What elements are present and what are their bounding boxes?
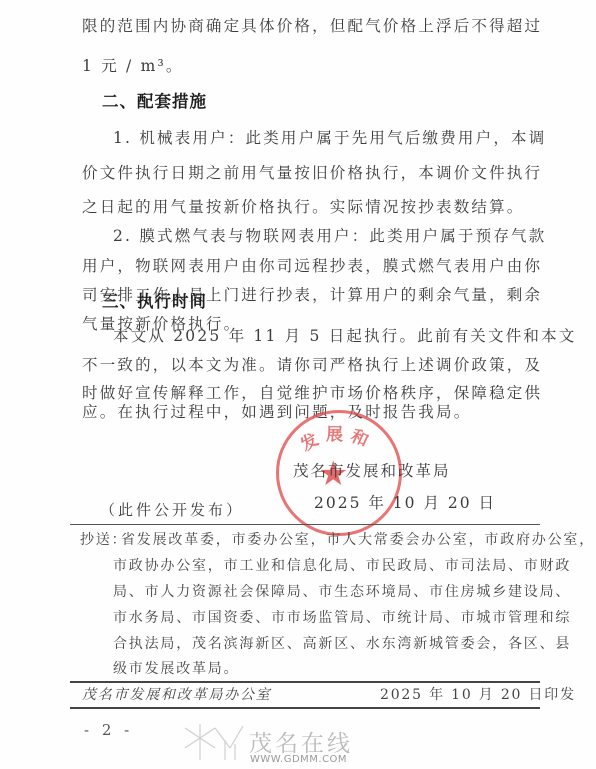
body-text-line: 不一致的，以本文为准。请你司严格执行上述调价政策，及 [82, 355, 512, 375]
divider-bottom [70, 707, 540, 709]
body-text-line: 应。在执行过程中，如遇到问题，及时报告我局。 [82, 402, 512, 422]
public-notice: （此件公开发布） [100, 500, 244, 520]
body-text-line: 时做好宣传解释工作，自觉维护市场价格秩序，保障稳定供 [82, 383, 512, 403]
document-page: 限的范围内协商确定具体价格，但配气价格上浮后不得超过 1 元 / m³。 二、配… [0, 0, 596, 769]
seal-text: 展 [326, 420, 343, 445]
footer-issuer: 茂名市发展和改革局办公室 [82, 686, 272, 704]
body-text-line: 用户，物联网表用户由你司远程抄表，膜式燃气表用户由你 [82, 256, 512, 276]
body-text-line: 价文件执行日期之前用气量按旧价格执行，本调价文件执行 [82, 163, 512, 183]
body-text-line: 本文从 2025 年 11 月 5 日起执行。此前有关文件和本文 [113, 326, 512, 346]
cc-line: 市水务局、市国资委、市市场监管局、市统计局、市城市管理和综 [113, 609, 540, 627]
body-text-line: 1. 机械表用户：此类用户属于先用气后缴费用户，本调 [113, 128, 512, 148]
signature-date: 2025 年 10 月 20 日 [314, 493, 496, 513]
body-text-line: 之日起的用气量按新价格执行。实际情况按抄表数结算。 [82, 197, 512, 217]
divider-middle [70, 681, 540, 683]
body-text-line: 限的范围内协商确定具体价格，但配气价格上浮后不得超过 [82, 16, 512, 36]
body-text-line: 1 元 / m³。 [82, 56, 512, 76]
section-heading-3: 三、执行时间 [102, 292, 207, 312]
cc-line: 市政协办公室，市工业和信息化局、市民政局、市司法局、市财政 [113, 557, 540, 575]
page-number: - 2 - [84, 721, 133, 739]
body-text-line: 2. 膜式燃气表与物联网表用户：此类用户属于预存气款 [113, 226, 512, 246]
divider-top [70, 524, 540, 525]
section-heading-2: 二、配套措施 [102, 92, 207, 112]
cc-line: 合执法局，茂名滨海新区、高新区、水东湾新城管委会，各区、县 [113, 635, 540, 653]
cc-line: 省发展改革委，市委办公室，市人大常委会办公室，市政府办公室， [121, 531, 540, 549]
cc-line: 局、市人力资源社会保障局、市生态环境局、市住房城乡建设局、 [113, 583, 540, 601]
footer-issue-date: 2025 年 10 月 20 日印发 [380, 686, 576, 704]
signature-org: 茂名市发展和改革局 [293, 461, 451, 481]
cc-line: 级市发展改革局。 [113, 660, 239, 678]
watermark-url: WWW.GDMM.COM [250, 754, 347, 765]
